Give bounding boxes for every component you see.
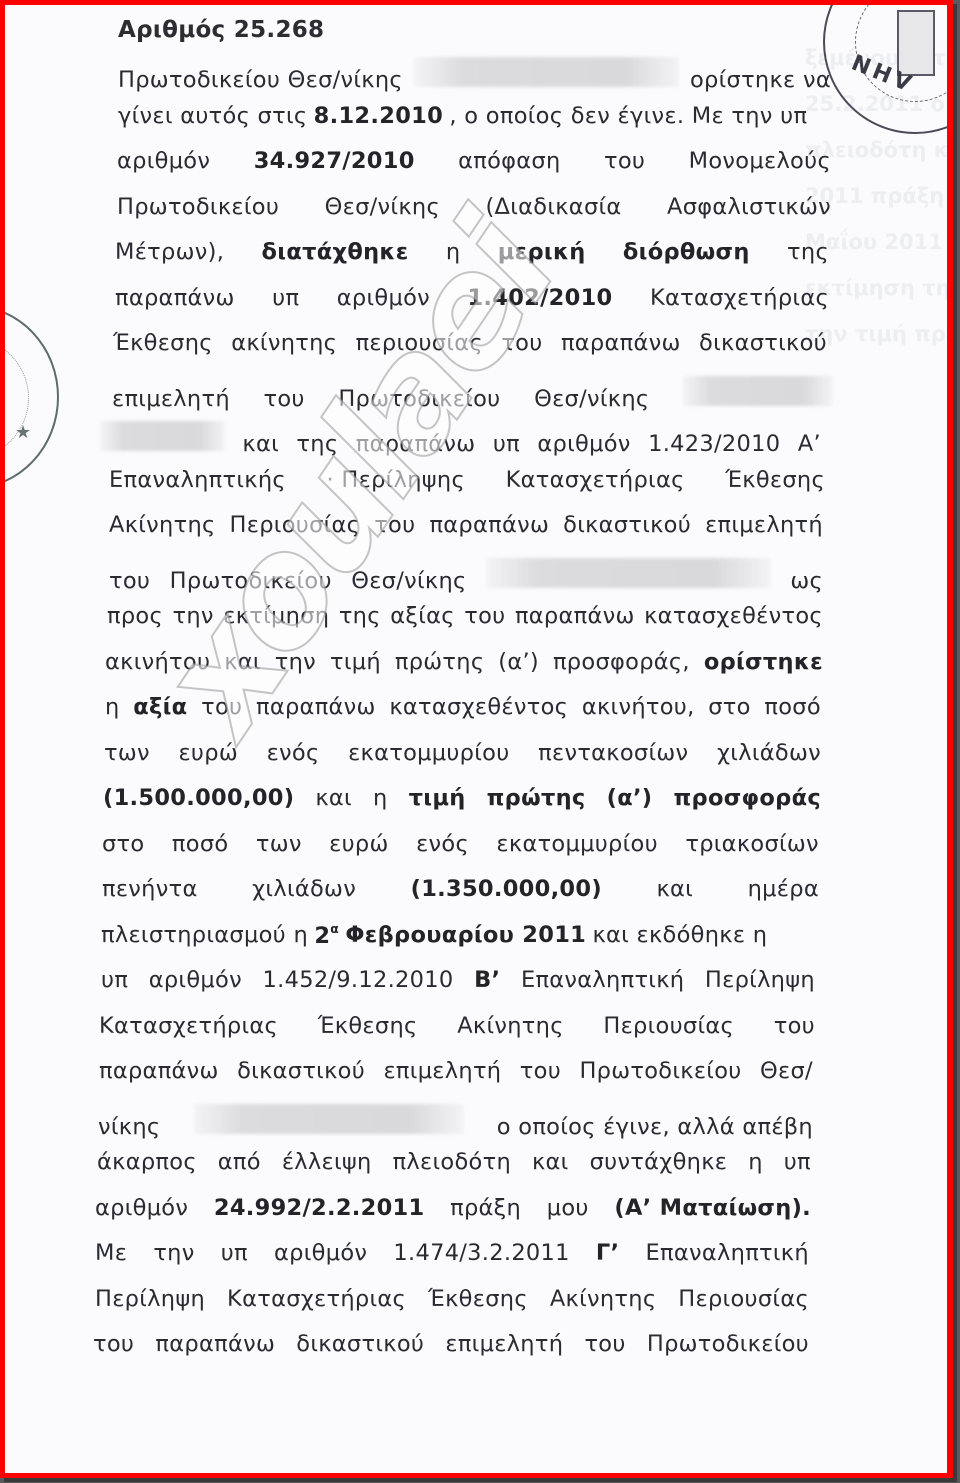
text-run: κατασχεθέντος <box>389 694 568 720</box>
text-run: παραπάνω <box>429 512 549 538</box>
text-run: πενήντα <box>102 876 198 902</box>
text-run: · Περίληψης <box>327 467 465 493</box>
text-run: απόφαση <box>458 148 560 174</box>
text-run: γίνει αυτός στις <box>118 103 307 129</box>
bold-text: προσφοράς <box>673 785 821 811</box>
text-run: παραπάνω <box>155 1331 275 1357</box>
text-run: δικαστικού <box>237 1058 365 1084</box>
text-run: επιμελητή <box>383 1058 501 1084</box>
text-run: Έκθεσης <box>113 330 213 356</box>
text-run: τιμή <box>330 649 381 675</box>
text-run: 1.452/9.12.2010 <box>263 967 454 993</box>
text-run: χιλιάδων <box>252 876 356 902</box>
text-run: Επαναληπτική <box>521 967 684 993</box>
text-run: ευρώ <box>178 740 238 766</box>
text-run: αριθμόν <box>537 431 630 457</box>
text-run: ο οποίος έγινε, αλλά απέβη <box>497 1114 813 1140</box>
text-run: του <box>604 148 645 174</box>
redacted-name <box>100 421 225 451</box>
text-run: δικαστικού <box>563 512 691 538</box>
text-run: ενός <box>267 740 320 766</box>
text-line: ΚατασχετήριαςΈκθεσηςΑκίνητηςΠεριουσίαςτο… <box>99 1013 815 1043</box>
text-run: ημέρα <box>748 876 819 902</box>
text-line: πλειστηριασμού η2αΦεβρουαρίου 2011και εκ… <box>101 922 817 952</box>
text-run: παραπάνω <box>515 603 635 629</box>
text-run: την <box>172 603 213 629</box>
text-run: η <box>748 1149 763 1175</box>
text-line: ηαξίατουπαραπάνωκατασχεθέντοςακινήτου,στ… <box>105 694 821 724</box>
text-line: Μετηνυπαριθμόν1.474/3.2.2011Γ’Επαναληπτι… <box>95 1240 809 1270</box>
text-run: του <box>501 330 542 356</box>
text-run: Περιουσίας <box>678 1286 809 1312</box>
text-line: τουπαραπάνωδικαστικούεπιμελητήτουΠρωτοδι… <box>93 1331 809 1361</box>
text-run: Ασφαλιστικών <box>667 194 831 220</box>
text-run: πρώτης <box>395 649 484 675</box>
text-line: Μέτρων),διατάχθηκεημερικήδιόρθωσητης <box>115 239 829 269</box>
text-line: υπαριθμόν1.452/9.12.2010Β’ΕπαναληπτικήΠε… <box>101 967 815 997</box>
text-run: παραπάνω <box>356 431 476 457</box>
text-run: αριθμόν <box>337 285 430 311</box>
text-run: νίκης <box>98 1114 160 1140</box>
text-run: υπ <box>784 1149 811 1175</box>
text-run: ενός <box>416 831 469 857</box>
text-run: στο <box>102 831 144 857</box>
text-run: περιουσίας <box>356 330 483 356</box>
text-run: πλειοδότη <box>393 1149 511 1175</box>
text-run: Θεσ/ <box>760 1058 813 1084</box>
text-run: και <box>532 1149 569 1175</box>
text-run: Με <box>95 1240 127 1266</box>
bold-text: διόρθωση <box>623 239 750 265</box>
text-run: Επαναληπτικής <box>109 467 286 493</box>
text-run: Α’ <box>798 431 821 457</box>
bold-text: Γ’ <box>596 1240 620 1266</box>
text-line: Πρωτοδικείου Θεσ/νίκηςορίστηκε να <box>118 57 831 87</box>
text-run: Ακίνητης <box>550 1286 657 1312</box>
text-run: παραπάνω <box>256 694 376 720</box>
text-run: επιμελητή <box>445 1331 563 1357</box>
text-line: (1.500.000,00)καιητιμήπρώτης(α’)προσφορά… <box>103 785 821 815</box>
text-run: την <box>275 649 316 675</box>
text-run: Κατασχετήριας <box>227 1286 406 1312</box>
text-run: του <box>109 568 150 594</box>
text-run: υπ <box>272 285 299 311</box>
text-line: τουΠρωτοδικείουΘεσ/νίκηςως <box>109 558 823 588</box>
bold-text: 1.402/2010 <box>467 285 612 311</box>
text-run: η <box>373 785 388 811</box>
text-run: Κατασχετήριας <box>506 467 685 493</box>
text-run: αριθμόν <box>95 1195 188 1221</box>
text-run: ποσό <box>764 694 821 720</box>
text-run: υπ <box>221 1240 248 1266</box>
bold-text: 2α <box>314 922 339 949</box>
bold-text: Β’ <box>474 967 500 993</box>
text-run: η <box>446 239 461 265</box>
text-run: αριθμόν <box>274 1240 367 1266</box>
redacted-name <box>414 57 679 87</box>
text-run: στο <box>708 694 750 720</box>
text-run: κατασχεθέντος <box>644 603 823 629</box>
text-run: Έκθεσης <box>725 467 825 493</box>
text-run: Ακίνητης <box>109 512 216 538</box>
bold-text: 8.12.2010 <box>314 103 443 129</box>
bold-text: μερική <box>498 239 586 265</box>
text-run: επιμελητή <box>112 386 230 412</box>
text-run: Θεσ/νίκης <box>351 568 466 594</box>
text-line: καιτηςπαραπάνωυπαριθμόν1.423/2010Α’ <box>100 421 821 451</box>
text-run: και <box>224 649 261 675</box>
text-run: Επαναληπτική <box>646 1240 809 1266</box>
text-run: αξίας <box>390 603 455 629</box>
text-run: από <box>218 1149 261 1175</box>
text-line: ΠερίληψηΚατασχετήριαςΈκθεσηςΑκίνητηςΠερι… <box>95 1286 809 1316</box>
text-line: γίνει αυτός στις8.12.2010, ο οποίος δεν … <box>118 103 831 133</box>
text-run: μου <box>547 1195 589 1221</box>
text-line: παραπάνωυπαριθμόν1.402/2010Κατασχετήριας <box>115 285 829 315</box>
text-line: επιμελητήτουΠρωτοδικείουΘεσ/νίκης <box>112 376 833 406</box>
text-run: τριακοσίων <box>685 831 819 857</box>
bold-text: (1.500.000,00) <box>103 785 294 811</box>
text-run: Θεσ/νίκης <box>325 194 440 220</box>
bold-text: (1.350.000,00) <box>411 876 602 902</box>
text-run: Πρωτοδικείου <box>170 568 332 594</box>
text-run: Θεσ/νίκης <box>534 386 649 412</box>
text-run: του <box>374 512 415 538</box>
bold-text: πρώτης <box>487 785 586 811</box>
text-run: αριθμόν <box>149 967 242 993</box>
bold-text: Φεβρουαρίου 2011 <box>345 922 586 948</box>
text-run: Μέτρων), <box>115 239 224 265</box>
text-run: ευρώ <box>329 831 389 857</box>
text-run: Περιουσίας <box>603 1013 734 1039</box>
text-run: του <box>201 694 242 720</box>
text-run: του <box>263 386 304 412</box>
text-run: του <box>774 1013 815 1039</box>
text-line: τωνευρώενόςεκατομμυρίουπεντακοσίωνχιλιάδ… <box>104 740 821 770</box>
text-run: προς <box>107 603 163 629</box>
text-run: δικαστικού <box>699 330 827 356</box>
text-line: Έκθεσηςακίνητηςπεριουσίαςτουπαραπάνωδικα… <box>113 330 827 360</box>
bold-text: διατάχθηκε <box>262 239 409 265</box>
bold-text: 34.927/2010 <box>254 148 415 174</box>
text-line: νίκηςο οποίος έγινε, αλλά απέβη <box>98 1104 813 1134</box>
text-run: προσφοράς, <box>553 649 690 675</box>
bold-text: 24.992/2.2.2011 <box>214 1195 425 1221</box>
text-run: εκατομμυρίου <box>348 740 510 766</box>
text-run: υπ <box>493 431 520 457</box>
text-run: ακινήτου <box>105 649 210 675</box>
redacted-name <box>683 376 833 406</box>
text-run: χιλιάδων <box>717 740 821 766</box>
text-run: , ο οποίος δεν έγινε. Με την υπ <box>449 103 807 129</box>
text-line: πενήνταχιλιάδων(1.350.000,00)καιημέρα <box>102 876 819 906</box>
text-run: παραπάνω <box>561 330 681 356</box>
text-run: έλλειψη <box>282 1149 372 1175</box>
bold-text: τιμή <box>409 785 466 811</box>
text-run: Ακίνητης <box>457 1013 564 1039</box>
redacted-name <box>194 1104 464 1134</box>
text-run: παραπάνω <box>115 285 235 311</box>
text-run: Περιουσίας <box>230 512 361 538</box>
text-run: (Διαδικασία <box>485 194 621 220</box>
text-run: του <box>584 1331 625 1357</box>
text-run: άκαρπος <box>97 1149 197 1175</box>
text-run: και εκδόθηκε η <box>592 922 767 948</box>
text-run: παραπάνω <box>99 1058 219 1084</box>
text-run: πράξη <box>450 1195 521 1221</box>
text-run: της <box>296 431 338 457</box>
text-run: Περίληψη <box>705 967 815 993</box>
text-run: και <box>242 431 279 457</box>
text-line: ακινήτουκαιτηντιμήπρώτης(α’)προσφοράς,ορ… <box>105 649 823 679</box>
text-run: και <box>656 876 693 902</box>
text-run: δικαστικού <box>296 1331 424 1357</box>
text-run: πεντακοσίων <box>538 740 688 766</box>
text-run: 1.474/3.2.2011 <box>393 1240 569 1266</box>
text-run: 1.423/2010 <box>648 431 780 457</box>
text-run: Μονομελούς <box>689 148 831 174</box>
text-run: ακίνητης <box>231 330 337 356</box>
document-body: Αριθμός 25.268 Πρωτοδικείου Θεσ/νίκηςορί… <box>5 5 947 1473</box>
text-run: των <box>104 740 150 766</box>
text-run: εκατομμυρίου <box>496 831 658 857</box>
text-run: Πρωτοδικείου <box>338 386 500 412</box>
text-run: Πρωτοδικείου <box>579 1058 741 1084</box>
text-line: άκαρποςαπόέλλειψηπλειοδότηκαισυντάχθηκεη… <box>97 1149 811 1179</box>
text-line: προςτηνεκτίμησητηςαξίαςτουπαραπάνωκατασχ… <box>107 603 823 633</box>
text-run: αριθμόν <box>117 148 210 174</box>
text-line: στοποσότωνευρώενόςεκατομμυρίουτριακοσίων <box>102 831 819 861</box>
text-run: Πρωτοδικείου Θεσ/νίκης <box>118 67 403 93</box>
bold-text: αξία <box>133 694 187 720</box>
text-run: συντάχθηκε <box>590 1149 728 1175</box>
bold-text: ορίστηκε <box>704 649 823 675</box>
text-run: της <box>787 239 829 265</box>
text-run: Πρωτοδικείου <box>117 194 279 220</box>
document-number-heading: Αριθμός 25.268 <box>118 17 324 43</box>
text-run: Έκθεσης <box>428 1286 528 1312</box>
text-run: Περίληψη <box>95 1286 205 1312</box>
text-line: Επαναληπτικής· ΠερίληψηςΚατασχετήριαςΈκθ… <box>109 467 825 497</box>
scanned-page: ξεμένου εντύπου25.2.2011 ο οποίοςπλειοδό… <box>5 5 947 1473</box>
text-run: ορίστηκε να <box>690 67 831 93</box>
text-run: εκτίμηση <box>223 603 329 629</box>
text-run: (α’) <box>498 649 539 675</box>
text-line: αριθμόν24.992/2.2.2011πράξημου(Α’ Ματαίω… <box>95 1195 811 1225</box>
text-run: ποσό <box>172 831 229 857</box>
redacted-name <box>486 558 771 588</box>
text-run: Πρωτοδικείου <box>647 1331 809 1357</box>
text-run: η <box>105 694 120 720</box>
text-run: των <box>256 831 302 857</box>
text-line: ΠρωτοδικείουΘεσ/νίκης(ΔιαδικασίαΑσφαλιστ… <box>117 194 831 224</box>
text-run: την <box>153 1240 194 1266</box>
text-line: παραπάνωδικαστικούεπιμελητήτουΠρωτοδικεί… <box>99 1058 813 1088</box>
red-frame-border: ξεμένου εντύπου25.2.2011 ο οποίοςπλειοδό… <box>0 0 953 1478</box>
text-run: του <box>520 1058 561 1084</box>
bold-text: (α’) <box>607 785 653 811</box>
text-run: ακινήτου, <box>582 694 695 720</box>
text-line: αριθμόν34.927/2010απόφασητουΜονομελούς <box>117 148 831 178</box>
text-run: πλειστηριασμού η <box>101 922 308 948</box>
text-run: υπ <box>101 967 128 993</box>
text-run: Έκθεσης <box>318 1013 418 1039</box>
text-run: και <box>315 785 352 811</box>
text-run: του <box>93 1331 134 1357</box>
text-run: ως <box>790 568 823 594</box>
text-run: Κατασχετήριας <box>99 1013 278 1039</box>
bold-text: (Α’ Ματαίωση). <box>614 1195 811 1221</box>
text-line: ΑκίνητηςΠεριουσίαςτουπαραπάνωδικαστικούε… <box>109 512 823 542</box>
text-run: Κατασχετήριας <box>650 285 829 311</box>
text-run: της <box>339 603 381 629</box>
text-run: επιμελητή <box>705 512 823 538</box>
text-run: του <box>464 603 505 629</box>
